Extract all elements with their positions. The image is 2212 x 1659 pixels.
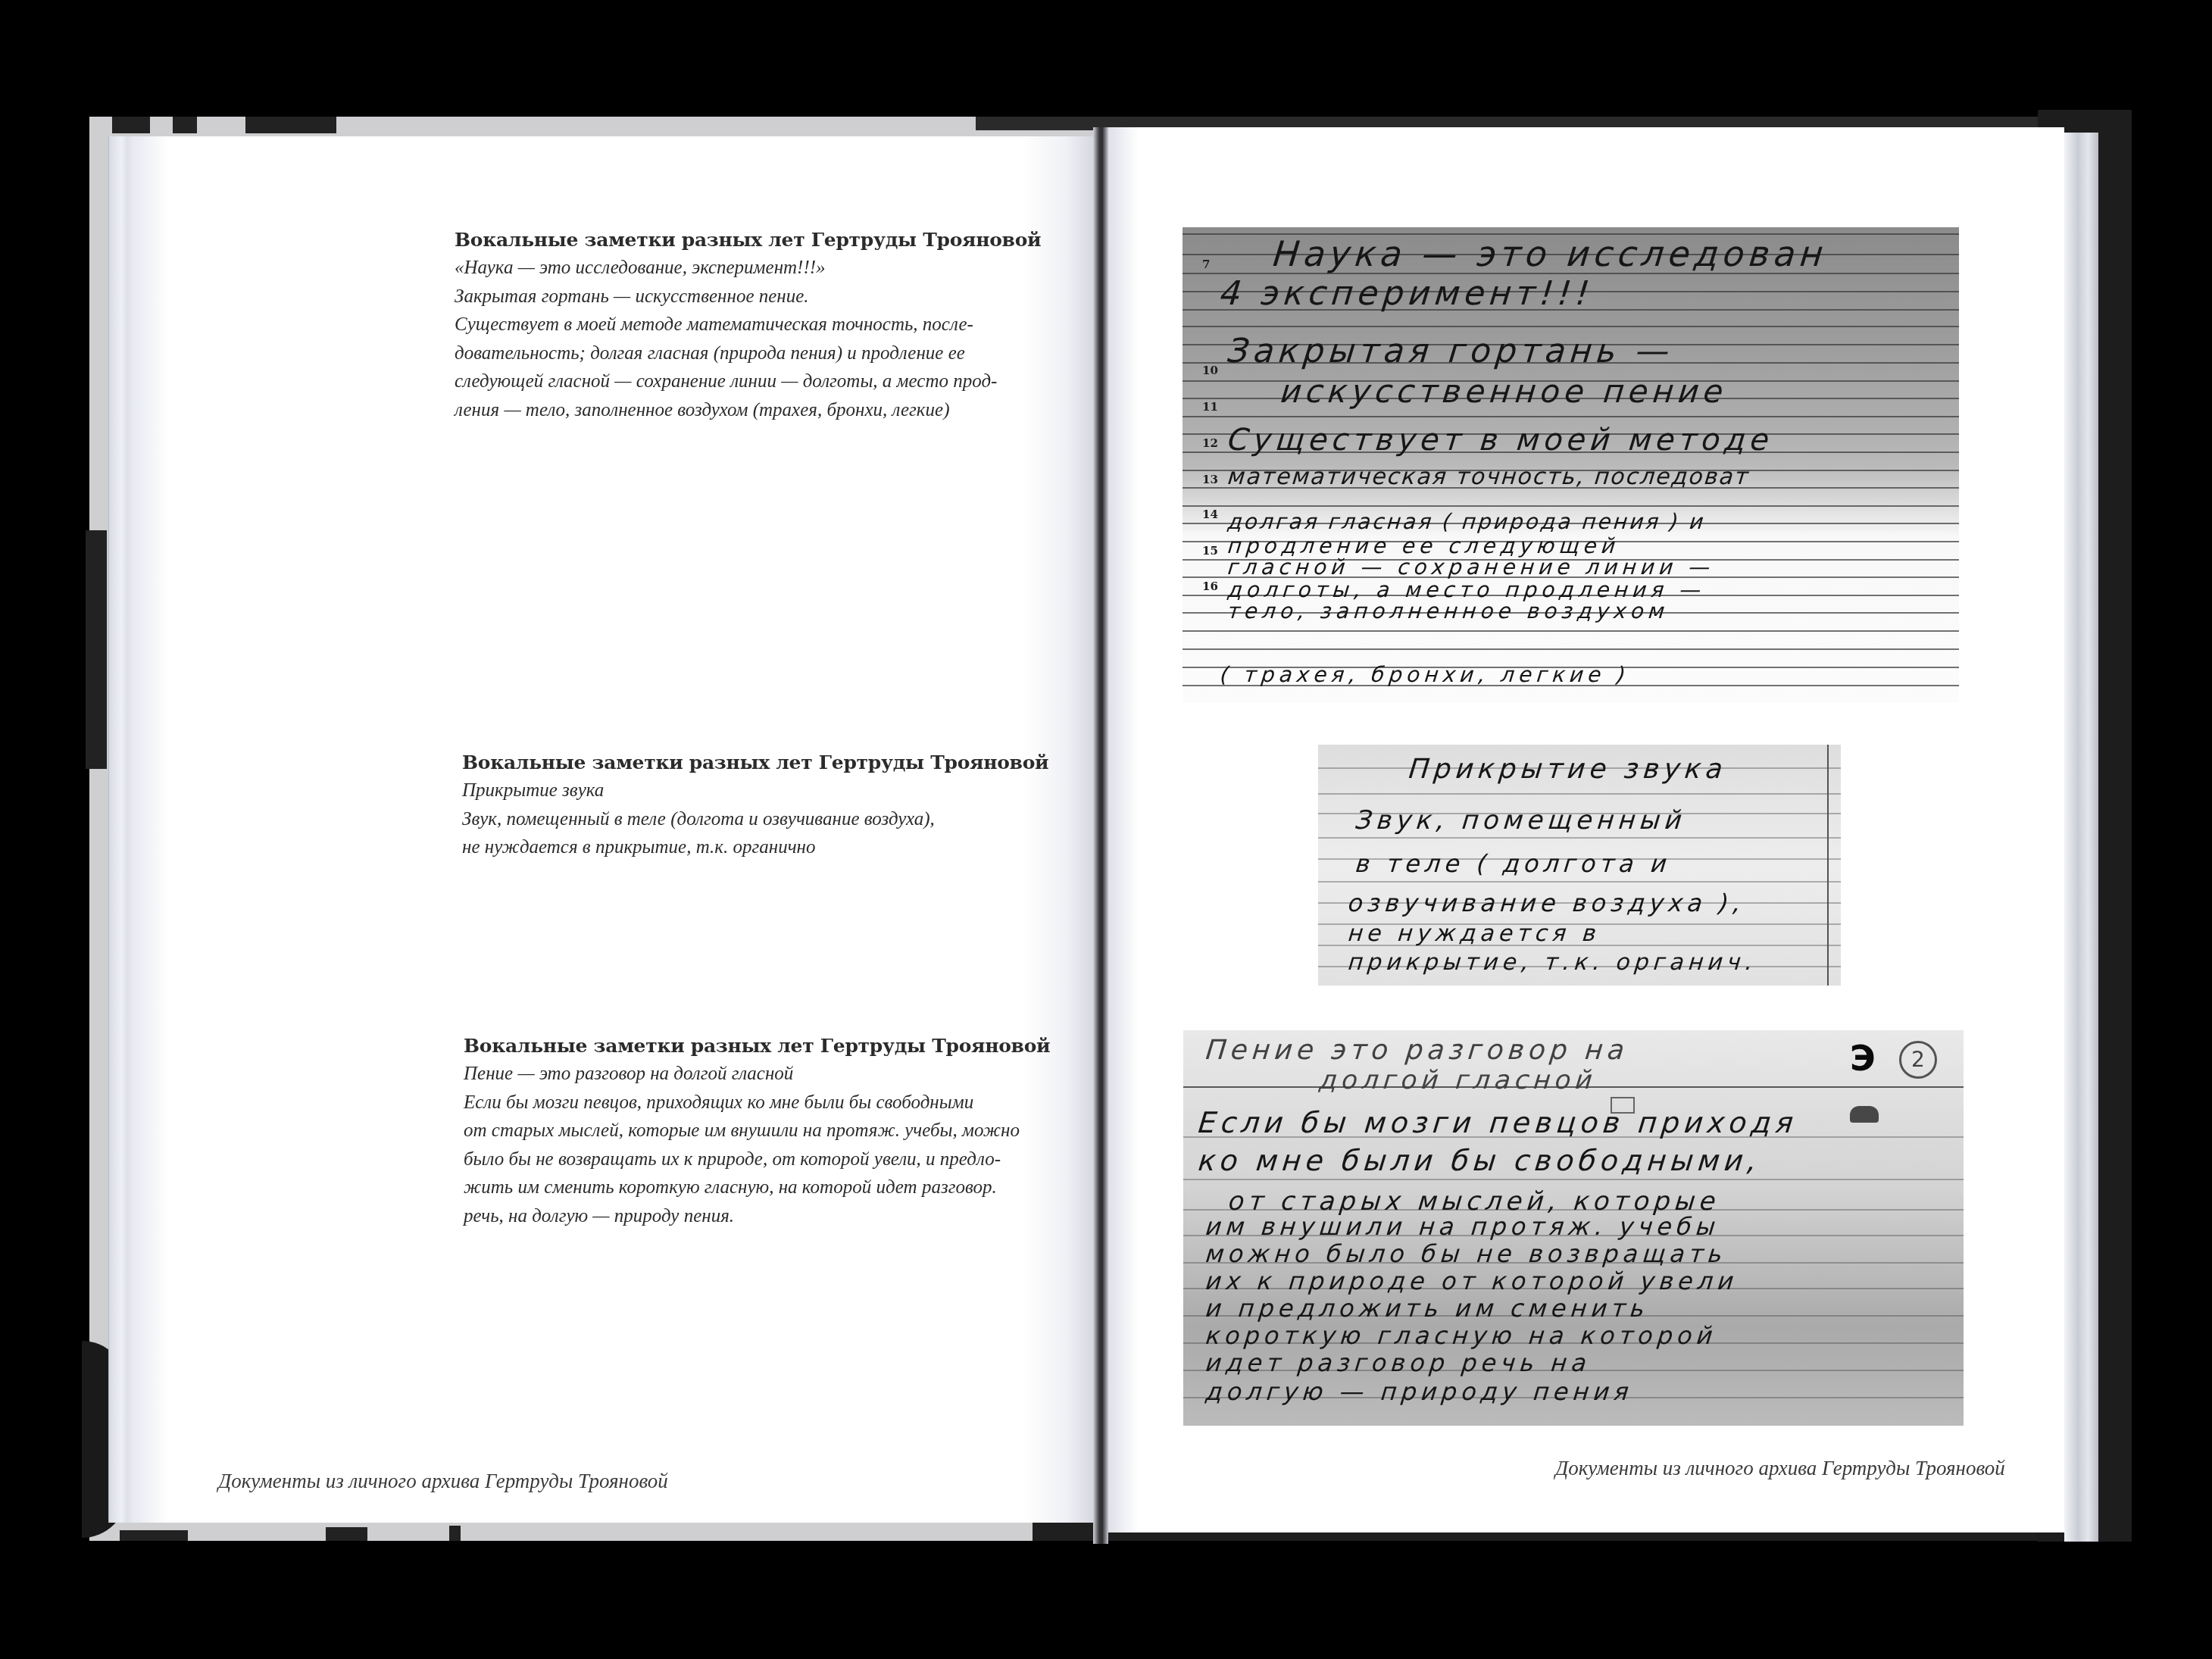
handwriting-line: не нуждается в xyxy=(1347,920,1602,947)
cover-stripe xyxy=(173,117,197,133)
handwriting-line: Если бы мозги певцов приходя xyxy=(1197,1106,1800,1139)
page-footer-left: Документы из личного архива Гертруды Тро… xyxy=(218,1470,668,1493)
line-number: 7 xyxy=(1202,258,1210,271)
handwriting-line: долгая гласная ( природа пения ) и xyxy=(1226,509,1707,534)
note-line: Если бы мозги певцов, приходящих ко мне … xyxy=(464,1089,1050,1117)
handwriting-line: идет разговор речь на xyxy=(1204,1348,1592,1377)
note-line: было бы не возвращать их к природе, от к… xyxy=(464,1145,1050,1174)
vocal-note-3: Вокальные заметки разных лет Гертруды Тр… xyxy=(464,1032,1050,1230)
manuscript-photo-3: Пение это разговор на долгой гласной Э 2… xyxy=(1183,1030,1964,1426)
page-block-edge-right xyxy=(2064,133,2098,1542)
cover-stripe xyxy=(326,1527,367,1541)
handwriting-line: 4 эксперимент!!! xyxy=(1218,274,1595,313)
note-line: Закрытая гортань — искусственное пение. xyxy=(455,283,1041,311)
handwriting-line: ко мне были бы свободными, xyxy=(1197,1144,1764,1177)
handwriting-line: тело, заполненное воздухом xyxy=(1226,598,1670,623)
handwriting-line: озвучивание воздуха ), xyxy=(1347,889,1747,917)
handwriting-line: долгой гласной xyxy=(1318,1065,1598,1095)
handwriting-line: их к природе от которой увели xyxy=(1204,1267,1739,1295)
handwriting-line: искусственное пение xyxy=(1279,373,1729,410)
note-title: Вокальные заметки разных лет Гертруды Тр… xyxy=(464,1032,1050,1060)
note-line: жить им сменить короткую гласную, на кот… xyxy=(464,1173,1050,1202)
handwriting-line: Звук, помещенный xyxy=(1354,805,1688,836)
handwriting-line: долгую — природу пения xyxy=(1204,1377,1635,1406)
note-line: речь, на долгую — природу пения. xyxy=(464,1202,1050,1231)
left-page: Вокальные заметки разных лет Гертруды Тр… xyxy=(135,136,1093,1523)
cover-stripe xyxy=(245,117,336,133)
manuscript-photo-1: 7 10 11 12 13 14 15 16 Наука — это иссле… xyxy=(1183,227,1959,702)
handwriting-line: Пение это разговор на xyxy=(1204,1035,1630,1066)
stamp-letter: Э xyxy=(1850,1038,1876,1079)
note-line: не нуждается в прикрытие, т.к. органично xyxy=(462,833,1048,862)
vocal-note-1: Вокальные заметки разных лет Гертруды Тр… xyxy=(455,226,1041,424)
note-line: ления — тело, заполненное воздухом (трах… xyxy=(455,396,1041,425)
note-line: Существует в моей методе математическая … xyxy=(455,311,1041,339)
book-gutter xyxy=(1093,127,1108,1544)
note-title: Вокальные заметки разных лет Гертруды Тр… xyxy=(462,748,1048,776)
line-number: 12 xyxy=(1202,436,1218,450)
cover-stripe xyxy=(86,530,107,769)
handwriting-line: Существует в моей методе xyxy=(1226,423,1776,458)
handwriting-line: Закрытая гортань — xyxy=(1226,332,1676,370)
note-subtitle: «Наука — это исследование, эксперимент!!… xyxy=(455,254,1041,283)
vocal-note-2: Вокальные заметки разных лет Гертруды Тр… xyxy=(462,748,1048,862)
cover-stripe xyxy=(112,117,150,133)
page-footer-right: Документы из личного архива Гертруды Тро… xyxy=(1555,1457,2005,1480)
note-line: следующей гласной — сохранение линии — д… xyxy=(455,367,1041,396)
cover-stripe xyxy=(449,1526,461,1541)
line-number: 10 xyxy=(1202,364,1218,377)
stamp-number: 2 xyxy=(1899,1041,1937,1079)
note-title: Вокальные заметки разных лет Гертруды Тр… xyxy=(455,226,1041,254)
line-number: 11 xyxy=(1202,400,1218,414)
note-line: довательность; долгая гласная (природа п… xyxy=(455,339,1041,368)
handwriting-line: им внушили на протяж. учебы xyxy=(1204,1212,1721,1241)
line-number: 13 xyxy=(1202,473,1218,486)
handwriting-line: в теле ( долгота и xyxy=(1354,849,1673,878)
handwriting-line: короткую гласную на которой xyxy=(1204,1321,1719,1350)
note-subtitle: Прикрытие звука xyxy=(462,776,1048,805)
handwriting-line: Наука — это исследован xyxy=(1271,233,1829,274)
handwriting-line: Прикрытие звука xyxy=(1407,754,1729,785)
line-number: 16 xyxy=(1202,580,1218,593)
note-subtitle: Пение — это разговор на долгой гласной xyxy=(464,1060,1050,1089)
note-line: Звук, помещенный в теле (долгота и озвуч… xyxy=(462,805,1048,834)
handwriting-line: и предложить им сменить xyxy=(1204,1294,1651,1323)
line-number: 14 xyxy=(1202,508,1218,521)
cover-stripe xyxy=(120,1530,188,1541)
handwriting-line: гласной — сохранение линии — xyxy=(1226,555,1716,580)
handwriting-line: математическая точность, последоват xyxy=(1226,464,1751,490)
note-line: от старых мыслей, которые им внушили на … xyxy=(464,1117,1050,1145)
line-number: 15 xyxy=(1202,544,1218,558)
handwriting-line: можно было бы не возвращать xyxy=(1204,1239,1729,1268)
handwriting-line: ( трахея, бронхи, легкие ) xyxy=(1219,662,1631,687)
manuscript-photo-2: Прикрытие звука Звук, помещенный в теле … xyxy=(1318,745,1841,986)
telephone-icon xyxy=(1850,1106,1879,1123)
handwriting-line: прикрытие, т.к. органич. xyxy=(1347,949,1758,976)
